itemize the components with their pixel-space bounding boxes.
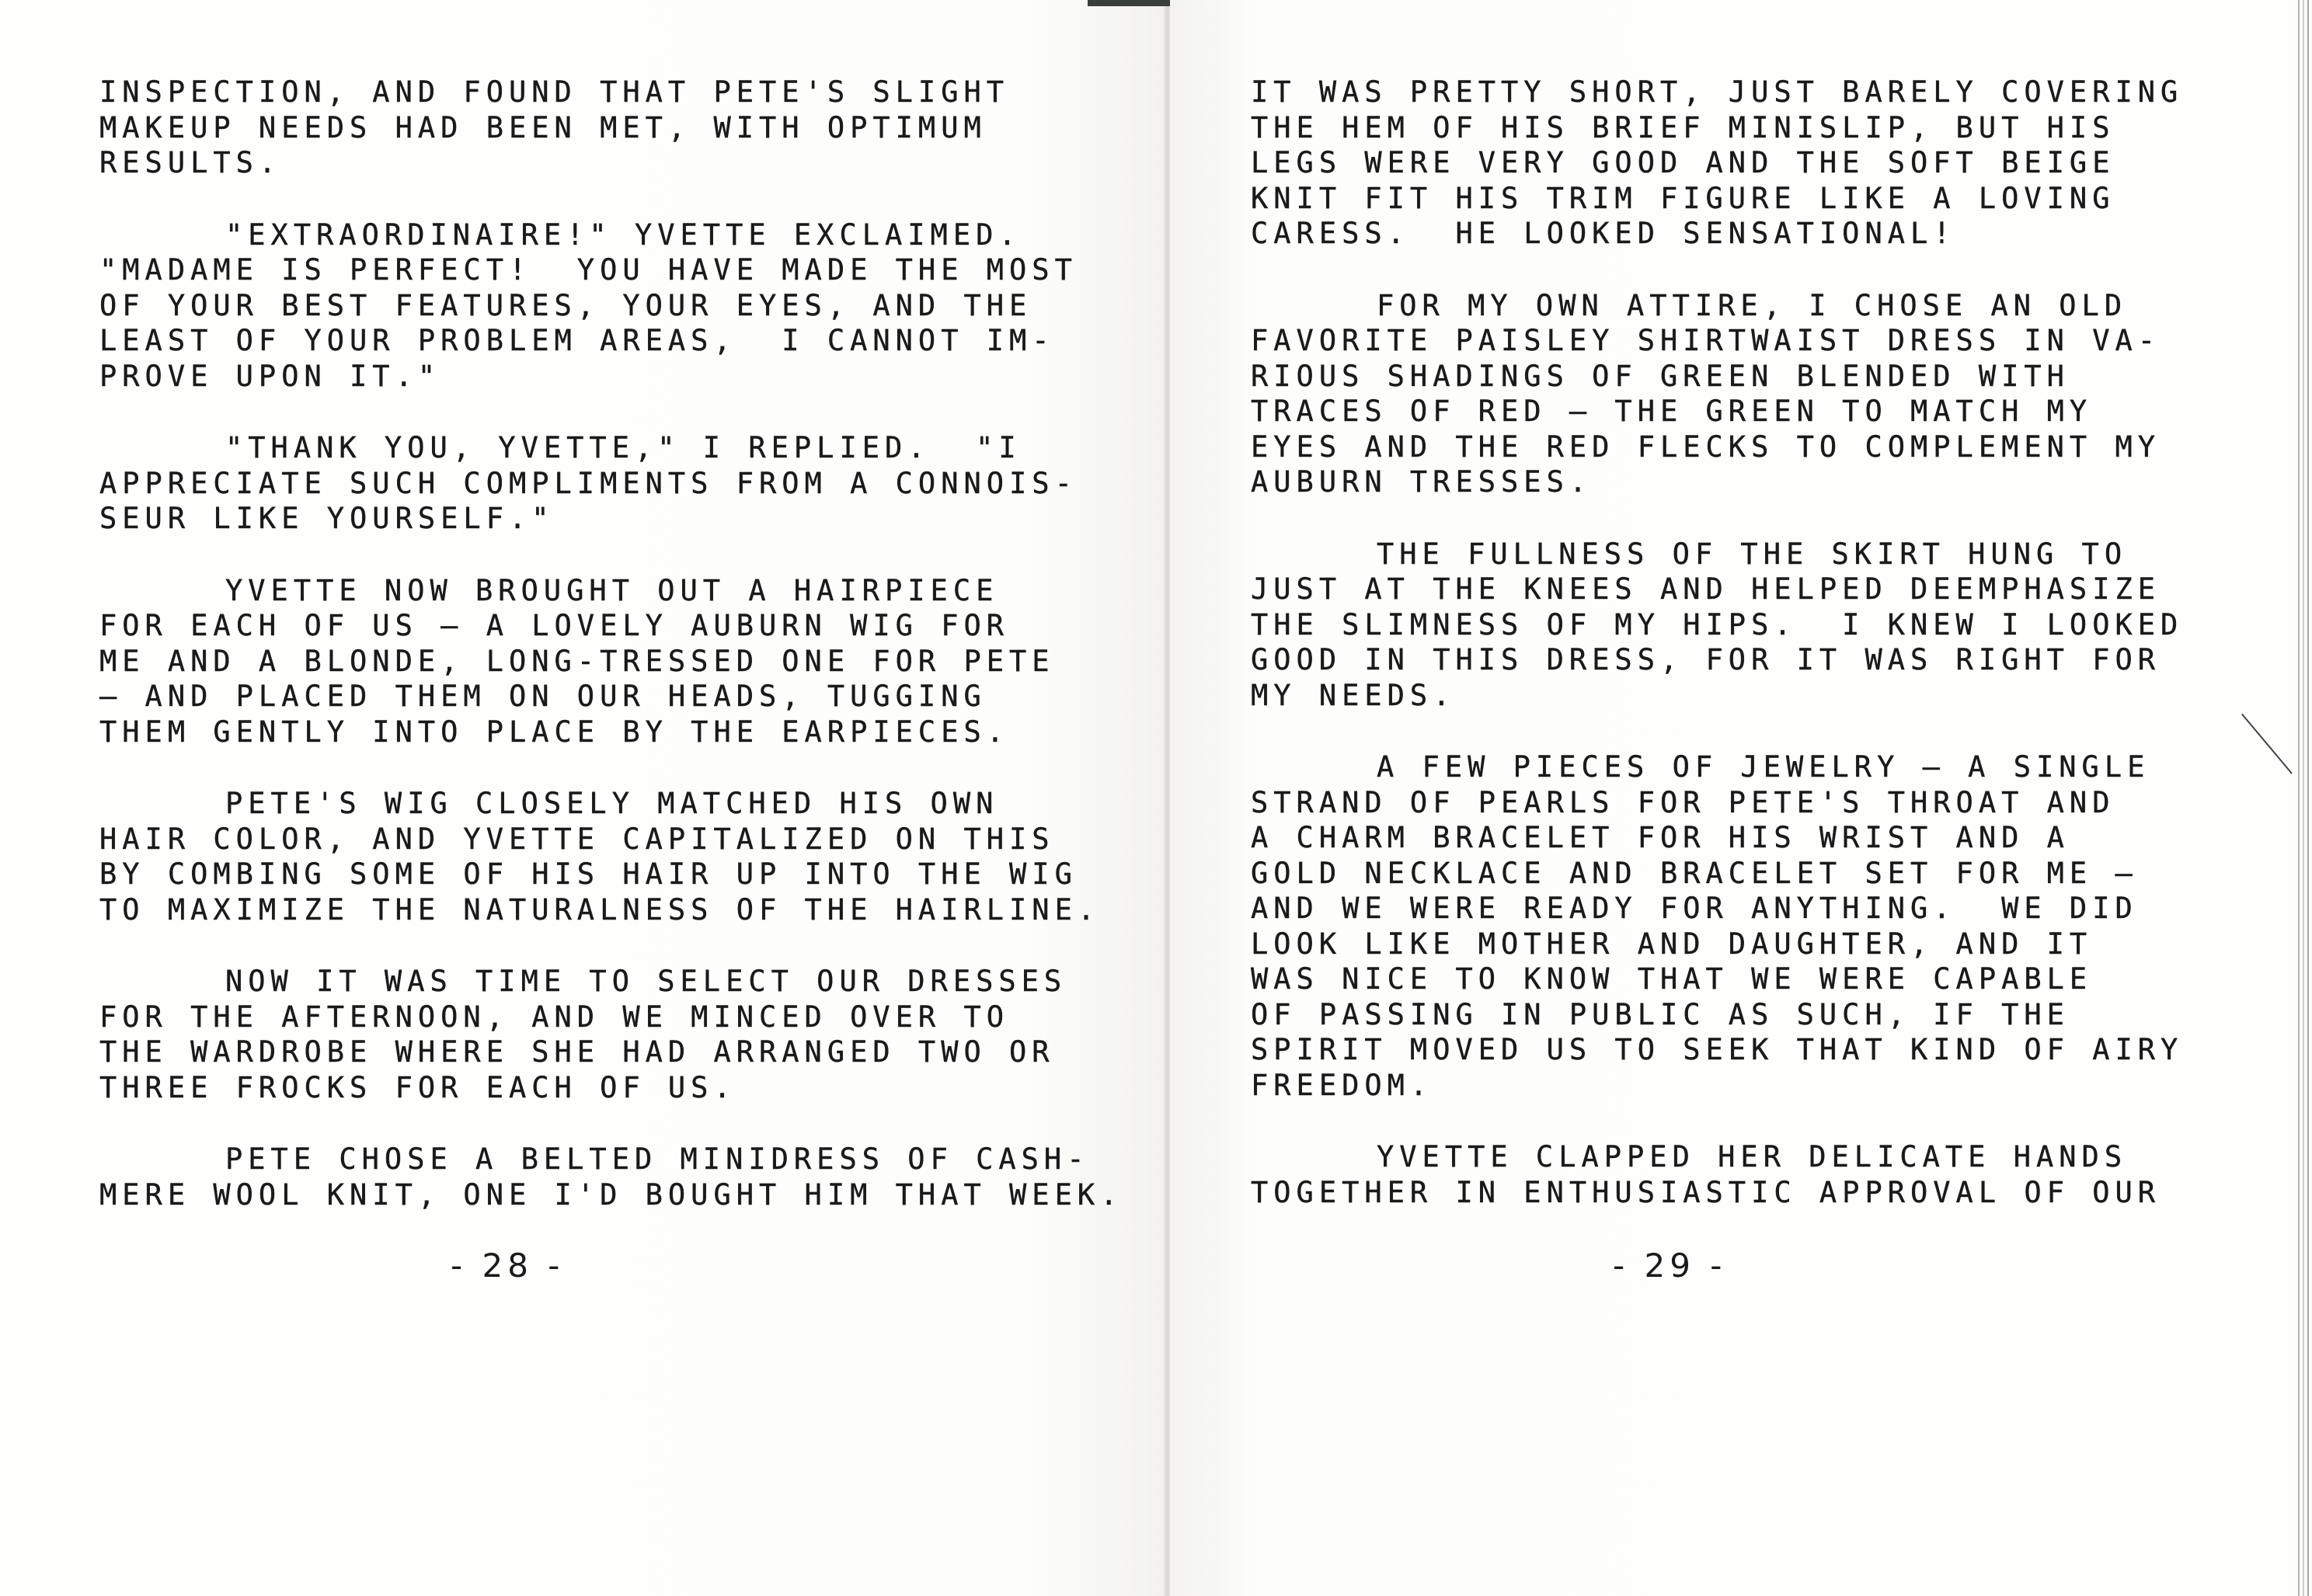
text-line: INSPECTION, AND FOUND THAT PETE'S SLIGHT <box>99 75 1063 110</box>
right-page-number: - 29 - <box>1613 1247 1726 1285</box>
text-line: FOR THE AFTERNOON, AND WE MINCED OVER TO <box>99 1000 1063 1035</box>
text-line: AUBURN TRESSES. <box>1251 464 2214 500</box>
text-line: THE HEM OF HIS BRIEF MINISLIP, BUT HIS <box>1251 110 2214 146</box>
text-line: "MADAME IS PERFECT! YOU HAVE MADE THE MO… <box>99 252 1063 288</box>
text-line: BY COMBING SOME OF HIS HAIR UP INTO THE … <box>99 857 1063 892</box>
paragraph: FOR MY OWN ATTIRE, I CHOSE AN OLDFAVORIT… <box>1251 288 2214 500</box>
text-line: SEUR LIKE YOURSELF." <box>99 501 1063 537</box>
text-line: A CHARM BRACELET FOR HIS WRIST AND A <box>1251 820 2214 856</box>
text-line: FOR MY OWN ATTIRE, I CHOSE AN OLD <box>1251 288 2214 324</box>
paragraph: INSPECTION, AND FOUND THAT PETE'S SLIGHT… <box>99 75 1063 181</box>
text-line: GOOD IN THIS DRESS, FOR IT WAS RIGHT FOR <box>1251 642 2214 678</box>
paragraph: YVETTE NOW BROUGHT OUT A HAIRPIECEFOR EA… <box>99 573 1063 750</box>
text-line: GOLD NECKLACE AND BRACELET SET FOR ME — <box>1251 856 2214 892</box>
page-stack-edge <box>2307 0 2309 1596</box>
text-line: AND WE WERE READY FOR ANYTHING. WE DID <box>1251 891 2214 927</box>
text-line: PROVE UPON IT." <box>99 359 1063 395</box>
text-line: STRAND OF PEARLS FOR PETE'S THROAT AND <box>1251 785 2214 821</box>
text-line: NOW IT WAS TIME TO SELECT OUR DRESSES <box>99 964 1063 1000</box>
text-line: THE WARDROBE WHERE SHE HAD ARRANGED TWO … <box>99 1034 1063 1070</box>
text-line: SPIRIT MOVED US TO SEEK THAT KIND OF AIR… <box>1251 1032 2214 1068</box>
text-line: LOOK LIKE MOTHER AND DAUGHTER, AND IT <box>1251 927 2214 962</box>
text-line: — AND PLACED THEM ON OUR HEADS, TUGGING <box>99 679 1063 715</box>
text-line: JUST AT THE KNEES AND HELPED DEEMPHASIZE <box>1251 572 2214 607</box>
text-line: THREE FROCKS FOR EACH OF US. <box>99 1070 1063 1106</box>
text-line: "THANK YOU, YVETTE," I REPLIED. "I <box>99 430 1063 466</box>
right-page: IT WAS PRETTY SHORT, JUST BARELY COVERIN… <box>1170 0 2289 1596</box>
text-line: WAS NICE TO KNOW THAT WE WERE CAPABLE <box>1251 961 2214 997</box>
binding-edge <box>1088 0 1181 6</box>
text-line: LEAST OF YOUR PROBLEM AREAS, I CANNOT IM… <box>99 323 1063 359</box>
page-stack-edge <box>2298 0 2300 1596</box>
text-line: PETE CHOSE A BELTED MINIDRESS OF CASH- <box>99 1142 1063 1177</box>
text-line: TRACES OF RED — THE GREEN TO MATCH MY <box>1251 394 2214 429</box>
text-line: OF PASSING IN PUBLIC AS SUCH, IF THE <box>1251 997 2214 1033</box>
left-page-body: INSPECTION, AND FOUND THAT PETE'S SLIGHT… <box>99 75 1063 1249</box>
text-line: FOR EACH OF US — A LOVELY AUBURN WIG FOR <box>99 608 1063 644</box>
paragraph: YVETTE CLAPPED HER DELICATE HANDSTOGETHE… <box>1251 1139 2214 1210</box>
paragraph: "THANK YOU, YVETTE," I REPLIED. "IAPPREC… <box>99 430 1063 537</box>
text-line: MAKEUP NEEDS HAD BEEN MET, WITH OPTIMUM <box>99 110 1063 146</box>
text-line: ME AND A BLONDE, LONG-TRESSED ONE FOR PE… <box>99 644 1063 680</box>
text-line: TOGETHER IN ENTHUSIASTIC APPROVAL OF OUR <box>1251 1175 2214 1211</box>
text-line: MERE WOOL KNIT, ONE I'D BOUGHT HIM THAT … <box>99 1177 1063 1213</box>
text-line: THE SLIMNESS OF MY HIPS. I KNEW I LOOKED <box>1251 607 2214 643</box>
text-line: "EXTRAORDINAIRE!" YVETTE EXCLAIMED. <box>99 217 1063 253</box>
text-line: EYES AND THE RED FLECKS TO COMPLEMENT MY <box>1251 429 2214 465</box>
text-line: CARESS. HE LOOKED SENSATIONAL! <box>1251 216 2214 252</box>
text-line: MY NEEDS. <box>1251 678 2214 714</box>
paragraph: PETE CHOSE A BELTED MINIDRESS OF CASH-ME… <box>99 1142 1063 1212</box>
left-page-number: - 28 - <box>451 1247 564 1285</box>
paragraph: NOW IT WAS TIME TO SELECT OUR DRESSESFOR… <box>99 964 1063 1105</box>
text-line: KNIT FIT HIS TRIM FIGURE LIKE A LOVING <box>1251 181 2214 217</box>
text-line: RESULTS. <box>99 145 1063 181</box>
text-line: YVETTE CLAPPED HER DELICATE HANDS <box>1251 1139 2214 1175</box>
text-line: THEM GENTLY INTO PLACE BY THE EARPIECES. <box>99 715 1063 750</box>
text-line: YVETTE NOW BROUGHT OUT A HAIRPIECE <box>99 573 1063 609</box>
paragraph: IT WAS PRETTY SHORT, JUST BARELY COVERIN… <box>1251 75 2214 252</box>
text-line: TO MAXIMIZE THE NATURALNESS OF THE HAIRL… <box>99 892 1063 928</box>
right-page-body: IT WAS PRETTY SHORT, JUST BARELY COVERIN… <box>1251 75 2214 1247</box>
text-line: APPRECIATE SUCH COMPLIMENTS FROM A CONNO… <box>99 466 1063 502</box>
book-spread: INSPECTION, AND FOUND THAT PETE'S SLIGHT… <box>0 0 2312 1596</box>
paragraph: "EXTRAORDINAIRE!" YVETTE EXCLAIMED."MADA… <box>99 217 1063 395</box>
text-line: A FEW PIECES OF JEWELRY — A SINGLE <box>1251 749 2214 785</box>
text-line: OF YOUR BEST FEATURES, YOUR EYES, AND TH… <box>99 288 1063 324</box>
text-line: IT WAS PRETTY SHORT, JUST BARELY COVERIN… <box>1251 75 2214 110</box>
text-line: FAVORITE PAISLEY SHIRTWAIST DRESS IN VA- <box>1251 323 2214 359</box>
left-page: INSPECTION, AND FOUND THAT PETE'S SLIGHT… <box>0 0 1165 1596</box>
text-line: RIOUS SHADINGS OF GREEN BLENDED WITH <box>1251 359 2214 395</box>
paragraph: PETE'S WIG CLOSELY MATCHED HIS OWNHAIR C… <box>99 786 1063 927</box>
text-line: LEGS WERE VERY GOOD AND THE SOFT BEIGE <box>1251 145 2214 181</box>
paragraph: A FEW PIECES OF JEWELRY — A SINGLESTRAND… <box>1251 749 2214 1103</box>
page-stack-edge <box>2303 0 2304 1596</box>
paragraph: THE FULLNESS OF THE SKIRT HUNG TOJUST AT… <box>1251 537 2214 714</box>
text-line: PETE'S WIG CLOSELY MATCHED HIS OWN <box>99 786 1063 822</box>
text-line: THE FULLNESS OF THE SKIRT HUNG TO <box>1251 537 2214 572</box>
text-line: FREEDOM. <box>1251 1068 2214 1104</box>
text-line: HAIR COLOR, AND YVETTE CAPITALIZED ON TH… <box>99 822 1063 857</box>
